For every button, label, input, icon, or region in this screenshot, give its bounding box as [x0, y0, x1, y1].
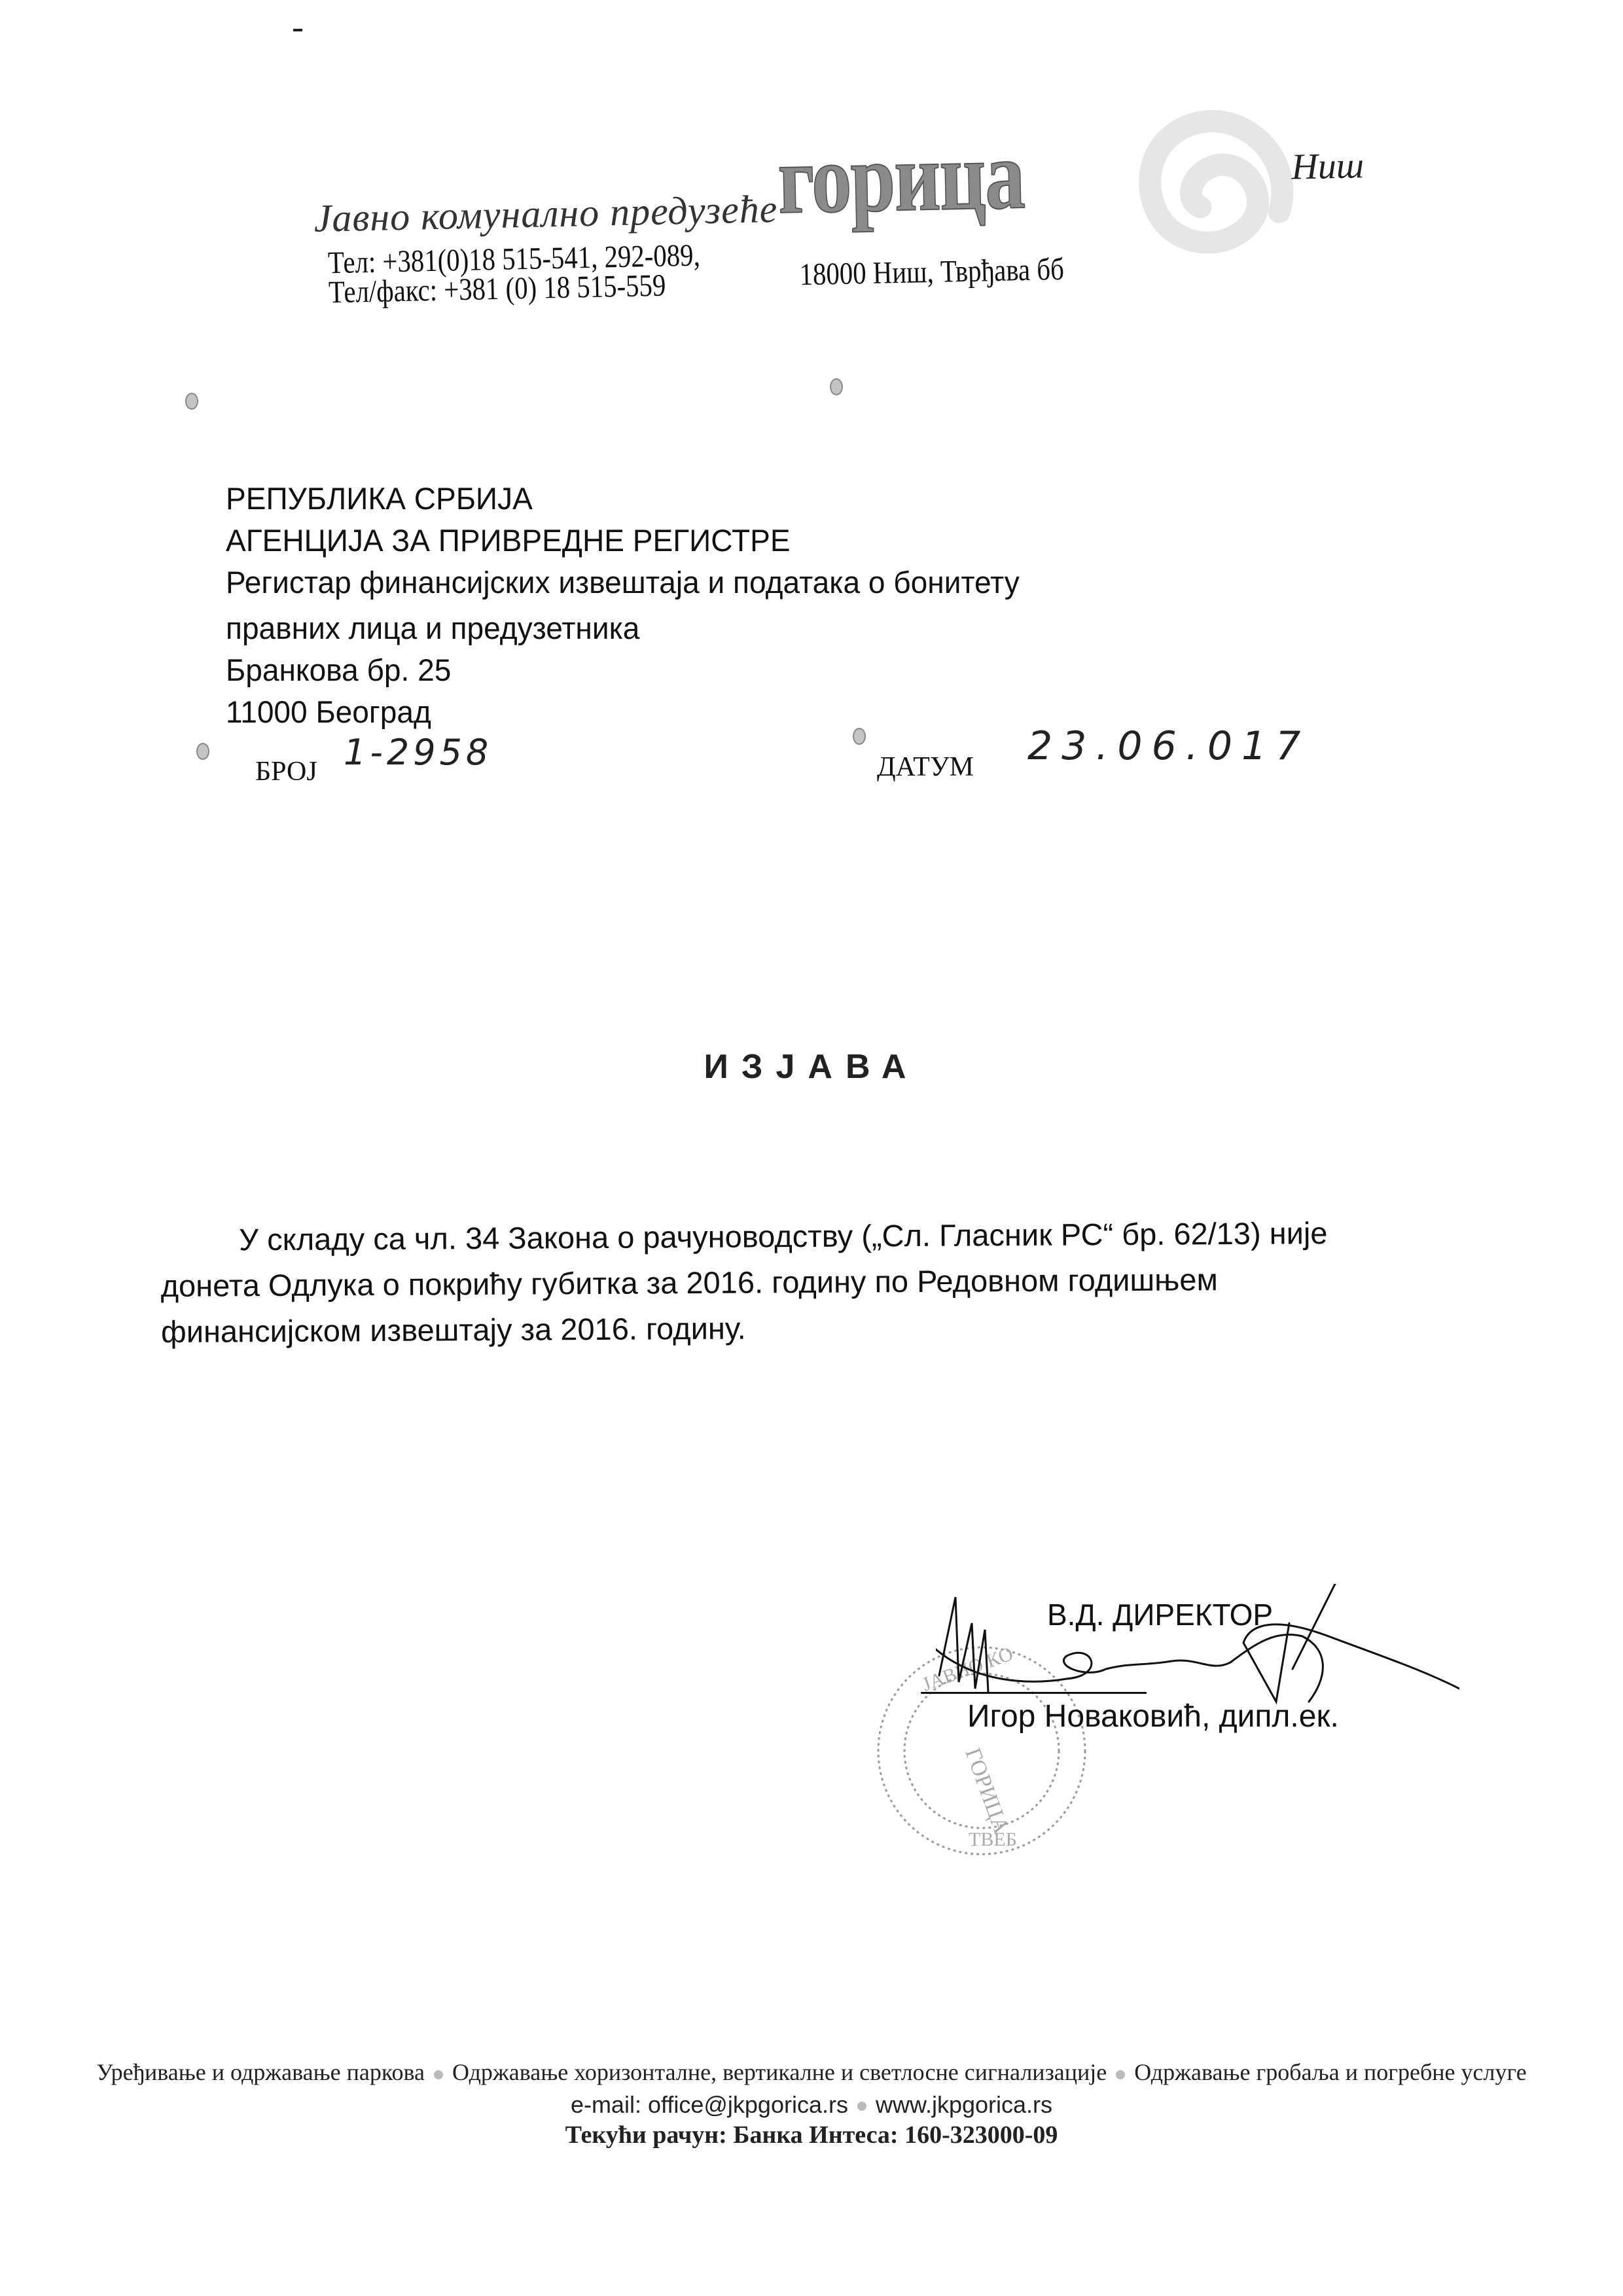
recipient-line: РЕПУБЛИКА СРБИЈА — [226, 478, 1020, 520]
statement-paragraph: У складу са чл. 34 Закона о рачуноводств… — [160, 1210, 1424, 1355]
bullet-icon — [1116, 2070, 1125, 2079]
spiral-logo-icon — [1130, 100, 1303, 260]
fax-line: Тел/факс: +381 (0) 18 515-559 — [328, 268, 666, 311]
statement-body: У складу са чл. 34 Закона о рачуноводств… — [160, 1210, 1424, 1355]
company-brand: горица — [777, 126, 1025, 229]
document-title: ИЗЈАВА — [0, 1047, 1623, 1086]
recipient-address: РЕПУБЛИКА СРБИЈА АГЕНЦИЈА ЗА ПРИВРЕДНЕ Р… — [226, 478, 1036, 733]
svg-text:ТВЕБ: ТВЕБ — [969, 1829, 1017, 1850]
bank-account: Текући рачун: Банка Интеса: 160-323000-0… — [0, 2121, 1623, 2149]
footer-contact: e-mail: office@jkpgorica.rswww.jkpgorica… — [0, 2091, 1623, 2119]
date-label: ДАТУМ — [877, 751, 974, 783]
company-tagline: Јавно комунално предузеће — [313, 187, 778, 242]
reference-number-label: БРОЈ — [255, 756, 317, 787]
punch-hole-dot — [830, 378, 843, 395]
recipient-line: правних лица и предузетника — [226, 607, 1020, 649]
signatory-name: Игор Новаковић, дипл.ек. — [967, 1698, 1339, 1734]
footer-services: Уређивање и одржавање парковаОдржавање х… — [0, 2058, 1623, 2086]
handwritten-signature-icon — [936, 1584, 1459, 1715]
recipient-line: Регистар финансијских извештаја и подата… — [226, 562, 1020, 603]
recipient-line: 11000 Београд — [226, 691, 1020, 733]
service-item: Уређивање и одржавање паркова — [96, 2059, 425, 2085]
service-item: Одржавање хоризонталне, вертикалне и све… — [452, 2059, 1107, 2085]
service-item: Одржавање гробаља и погребне услуге — [1134, 2059, 1526, 2085]
punch-hole-dot — [196, 743, 209, 760]
date-value: 23.06.017 — [1027, 723, 1310, 769]
punch-hole-dot — [185, 393, 198, 410]
svg-text:ГОРИЦА: ГОРИЦА — [960, 1745, 1013, 1837]
reference-number-value: 1-2958 — [344, 732, 492, 773]
email-link[interactable]: e-mail: office@jkpgorica.rs — [571, 2091, 848, 2118]
recipient-line: Бранкова бр. 25 — [226, 649, 1020, 691]
company-address: 18000 Ниш, Тврђава бб — [799, 251, 1064, 293]
recipient-line: АГЕНЦИЈА ЗА ПРИВРЕДНЕ РЕГИСТРЕ — [226, 520, 1020, 562]
bullet-icon — [434, 2070, 443, 2079]
letterhead: Јавно комунално предузеће горица Ниш Тел… — [0, 0, 1623, 347]
company-city: Ниш — [1291, 145, 1364, 188]
website-link[interactable]: www.jkpgorica.rs — [876, 2091, 1052, 2118]
bullet-icon — [857, 2102, 866, 2111]
